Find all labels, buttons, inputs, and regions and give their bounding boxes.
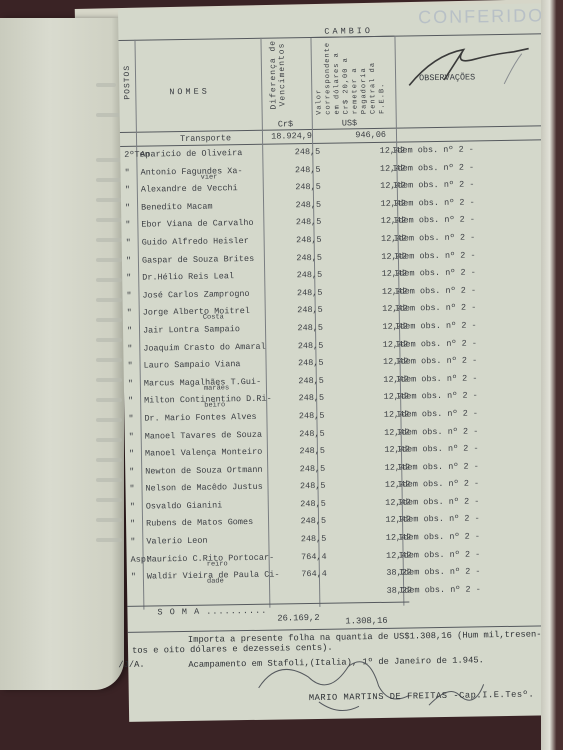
soma-diferenca: 26.169,2 xyxy=(270,613,320,624)
name: Rubens de Matos Gomes xyxy=(146,517,253,529)
soma-label: S O M A .......... xyxy=(157,606,267,618)
name: José Carlos Zamprogno xyxy=(142,289,249,301)
name: Guido Alfredo Heisler xyxy=(142,236,249,248)
transporte-usd: 946,06 xyxy=(330,130,386,141)
page-edge xyxy=(541,0,563,750)
transporte-diferenca: 18.924,9 xyxy=(262,131,312,142)
name: Lauro Sampaio Viana xyxy=(144,359,241,371)
name: Osvaldo Gianini xyxy=(146,500,223,511)
names-table: 2ºTenAparicio de Oliveira248,512,42Idem … xyxy=(120,141,559,605)
name: Ebor Viana de Carvalho xyxy=(141,218,253,230)
transporte-label: Transporte xyxy=(180,133,231,144)
name: Gaspar de Souza Brites xyxy=(142,253,254,265)
name: Dr. Mario Fontes Alves xyxy=(144,412,256,424)
document-page: CONFERIDO POSTOS NOMES Diferença de Venc… xyxy=(118,3,561,722)
header-cambio: CAMBIO xyxy=(324,26,373,37)
signatory: MARIO MARTINS DE FREITAS -Cap.I.E.Tesº. xyxy=(309,690,535,704)
name: Valerio Leon xyxy=(146,536,207,547)
header-valor-correspondente: Valor correspondente em dólares a Cr$ 20… xyxy=(315,42,386,115)
importa-line-2: tos e oito dólares e dezesseis cents). xyxy=(132,643,333,656)
importa-line-1: Importa a presente folha na quantia de U… xyxy=(188,629,542,645)
name: Marcus Magalhães T.Gui- xyxy=(144,377,261,389)
left-page-faded xyxy=(0,18,124,690)
name: Dr.Hélio Reis Leal xyxy=(142,271,234,282)
signature-bottom-icon xyxy=(248,654,489,718)
header-nomes: NOMES xyxy=(169,87,210,98)
name: Aparicio de Oliveira xyxy=(140,148,242,160)
name: Joaquim Crasto do Amaral xyxy=(143,341,266,353)
header-postos: POSTOS xyxy=(123,65,133,100)
name: Benedito Macam xyxy=(141,201,213,212)
header-diferenca: Diferença de Vencimentos xyxy=(268,39,297,109)
header-observacoes: OBSERVAÇÕES xyxy=(419,72,475,83)
header-usd: US$ xyxy=(342,118,357,128)
name: Alexandre de Vecchi xyxy=(141,183,238,195)
header-crs: Cr$ xyxy=(278,119,293,129)
name: Nelson de Macêdo Justus xyxy=(145,482,262,494)
name: Antonio Fagundes Xa- xyxy=(140,166,242,178)
initials: /J/A. xyxy=(118,660,145,670)
name: Manoel Valença Monteiro xyxy=(145,447,262,459)
name: Jorge Alberto Moitrel xyxy=(143,306,250,318)
soma-usd: 1.308,16 xyxy=(328,616,388,627)
name: Manoel Tavares de Souza xyxy=(145,429,262,441)
name: Jair Lontra Sampaio xyxy=(143,324,240,336)
name: Newton de Souza Ortmann xyxy=(145,464,262,476)
